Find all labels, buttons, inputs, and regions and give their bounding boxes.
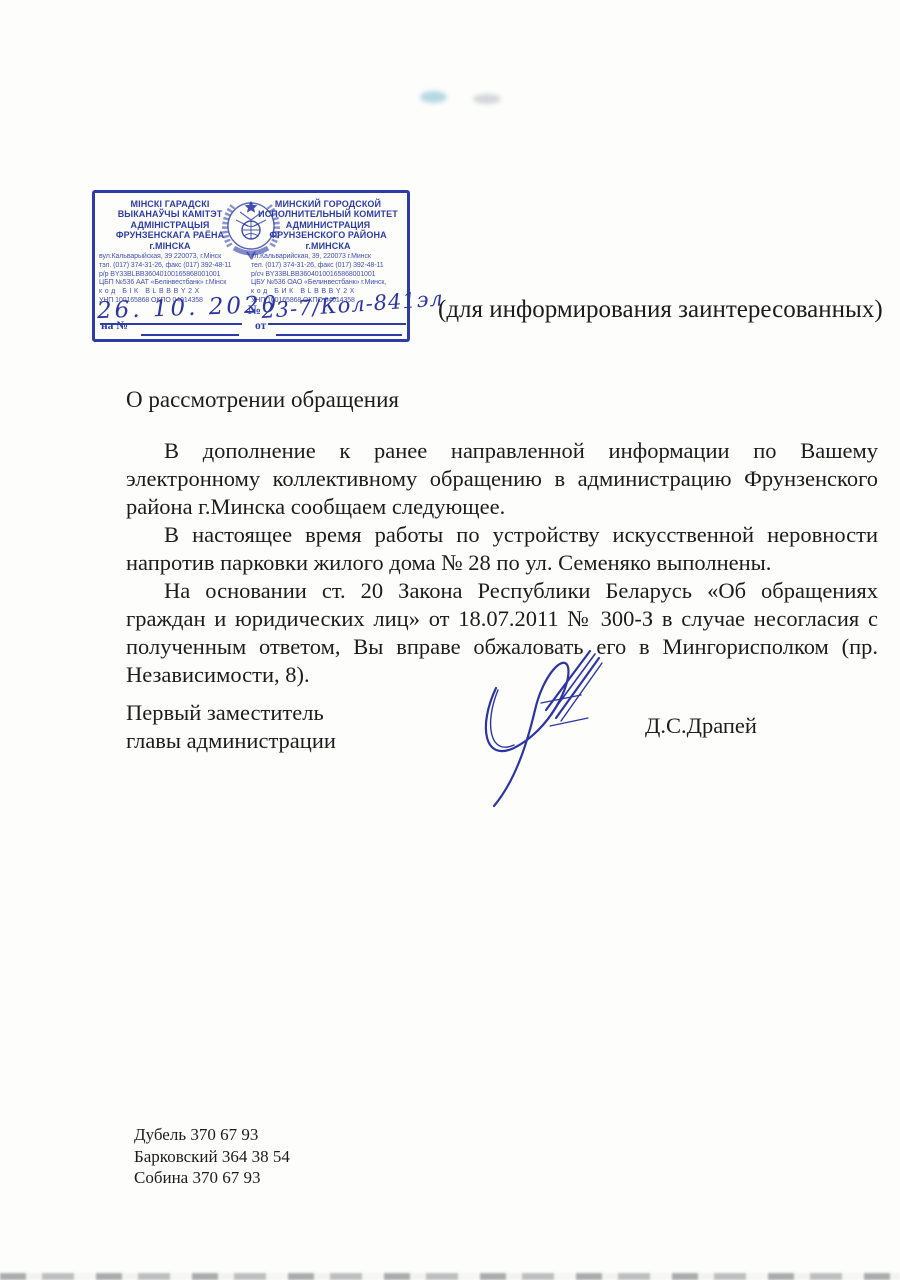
scan-bottom-edge bbox=[0, 1273, 900, 1280]
body-paragraph: В настоящее время работы по устройству и… bbox=[126, 521, 878, 577]
body-paragraph: В дополнение к ранее направленной информ… bbox=[126, 437, 878, 521]
incoming-date-label: от bbox=[255, 320, 266, 332]
signer-name: Д.С.Драпей bbox=[645, 713, 757, 739]
number-sign-label: № bbox=[248, 302, 261, 318]
contact-line: Собина 370 67 93 bbox=[134, 1167, 290, 1189]
coat-of-arms-icon bbox=[220, 196, 282, 262]
stamp-detail-line: тэл. (017) 374-31-26, факс (017) 392-48-… bbox=[99, 262, 243, 271]
signer-position-line1: Первый заместитель bbox=[126, 699, 336, 727]
signer-position-line2: главы администрации bbox=[126, 727, 336, 755]
number-rule-line bbox=[268, 323, 406, 325]
stamp-detail-line: ЦБУ №536 ОАО «Белинвестбанк» г.Минск, bbox=[251, 279, 407, 288]
subject-line: О рассмотрении обращения bbox=[126, 387, 399, 413]
recipient-annotation: (для информирования заинтересованных) bbox=[438, 296, 883, 324]
contact-line: Барковский 364 38 54 bbox=[134, 1146, 290, 1168]
incoming-number-label: на № bbox=[101, 320, 128, 332]
executor-contacts: Дубель 370 67 93 Барковский 364 38 54 Со… bbox=[134, 1124, 290, 1189]
scanned-letter-page: МІНСКІ ГАРАДСКІ ВЫКАНАЎЧЫ КАМІТЭТ АДМІНІ… bbox=[0, 0, 900, 1280]
signer-position: Первый заместитель главы администрации bbox=[126, 699, 336, 754]
stamp-detail-line: тел. (017) 374-31-26, факс (017) 392-48-… bbox=[251, 262, 407, 271]
incoming-number-rule bbox=[141, 334, 239, 336]
letterhead-stamp: МІНСКІ ГАРАДСКІ ВЫКАНАЎЧЫ КАМІТЭТ АДМІНІ… bbox=[92, 190, 410, 342]
handwritten-signature bbox=[438, 648, 653, 813]
scan-smudge-left bbox=[420, 91, 447, 103]
stamp-detail-line: ЦБП №536 ААТ «Белінвестбанк» г.Мінск bbox=[99, 279, 243, 288]
incoming-date-rule bbox=[276, 334, 402, 336]
scan-smudge-right bbox=[473, 94, 501, 104]
contact-line: Дубель 370 67 93 bbox=[134, 1124, 290, 1146]
